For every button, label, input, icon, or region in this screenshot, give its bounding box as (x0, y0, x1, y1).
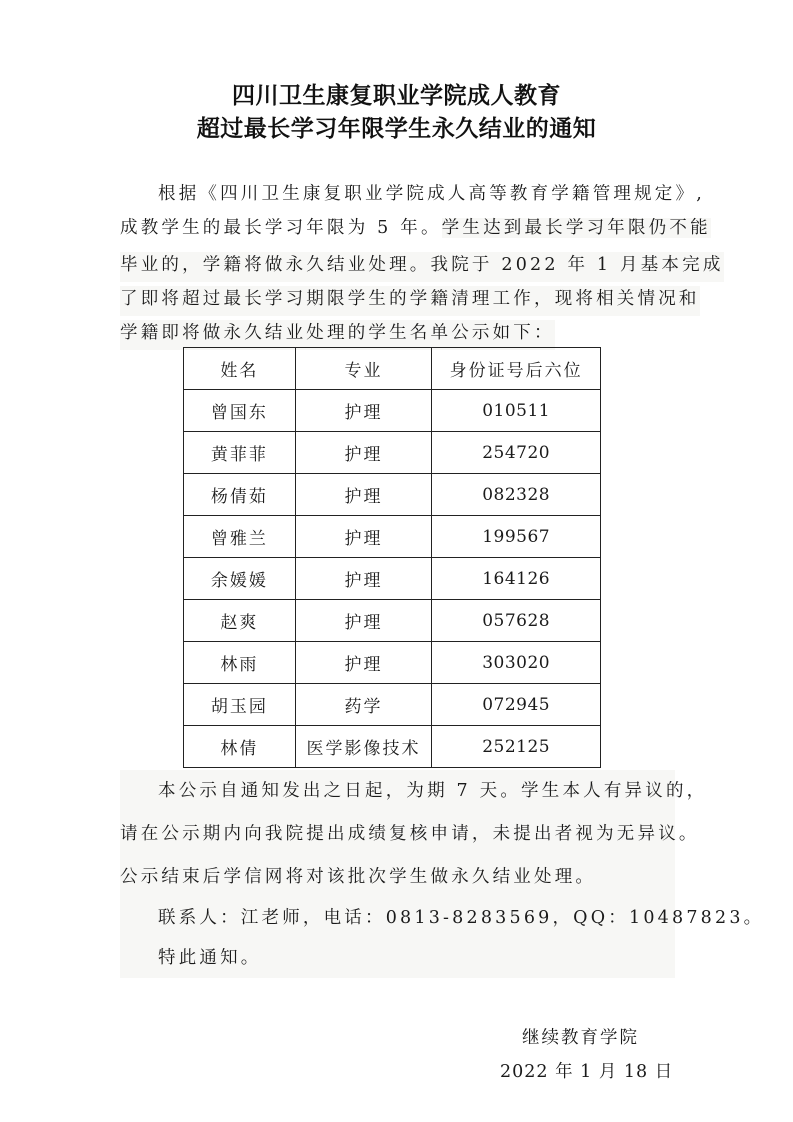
intro-line-4: 了即将超过最长学习期限学生的学籍清理工作，现将相关情况和 (120, 286, 700, 316)
cell-id-last6: 199567 (432, 516, 601, 558)
cell-major: 医学影像技术 (295, 726, 432, 768)
table-row: 林雨 护理 303020 (184, 642, 601, 684)
signature-organization: 继续教育学院 (522, 1024, 639, 1049)
contact-line: 联系人：江老师，电话：0813-8283569，QQ：10487823。 (158, 905, 764, 935)
table-row: 余媛媛 护理 164126 (184, 558, 601, 600)
closing-line-3: 公示结束后学信网将对该批次学生做永久结业处理。 (120, 864, 596, 894)
cell-major: 护理 (295, 432, 432, 474)
cell-major: 护理 (295, 558, 432, 600)
table-header-row: 姓名 专业 身份证号后六位 (184, 348, 601, 390)
cell-id-last6: 254720 (432, 432, 601, 474)
column-header-name: 姓名 (184, 348, 296, 390)
cell-id-last6: 072945 (432, 684, 601, 726)
table-row: 赵爽 护理 057628 (184, 600, 601, 642)
cell-id-last6: 252125 (432, 726, 601, 768)
cell-id-last6: 082328 (432, 474, 601, 516)
closing-line-2: 请在公示期内向我院提出成绩复核申请，未提出者视为无异议。 (120, 821, 700, 851)
document-title-line-2: 超过最长学习年限学生永久结业的通知 (0, 110, 793, 143)
intro-line-5: 学籍即将做永久结业处理的学生名单公示如下： (120, 320, 555, 350)
cell-id-last6: 303020 (432, 642, 601, 684)
cell-id-last6: 164126 (432, 558, 601, 600)
cell-major: 护理 (295, 642, 432, 684)
cell-name: 杨倩茹 (184, 474, 296, 516)
table-row: 胡玉园 药学 072945 (184, 684, 601, 726)
cell-name: 曾雅兰 (184, 516, 296, 558)
column-header-id-last6: 身份证号后六位 (432, 348, 601, 390)
intro-line-2b-highlight: 学生达到最长学习年限仍不能 (442, 218, 711, 238)
cell-major: 护理 (295, 600, 432, 642)
signature-date: 2022 年 1 月 18 日 (500, 1058, 673, 1083)
cell-name: 黄菲菲 (184, 432, 296, 474)
cell-major: 护理 (295, 390, 432, 432)
intro-line-2: 成教学生的最长学习年限为 5 年。学生达到最长学习年限仍不能 (120, 215, 711, 245)
intro-line-3: 毕业的，学籍将做永久结业处理。我院于 2022 年 1 月基本完成 (120, 252, 724, 282)
cell-name: 胡玉园 (184, 684, 296, 726)
table-row: 曾国东 护理 010511 (184, 390, 601, 432)
cell-major: 护理 (295, 516, 432, 558)
cell-id-last6: 057628 (432, 600, 601, 642)
table-row: 杨倩茹 护理 082328 (184, 474, 601, 516)
cell-id-last6: 010511 (432, 390, 601, 432)
student-list-table: 姓名 专业 身份证号后六位 曾国东 护理 010511 黄菲菲 护理 25472… (183, 347, 601, 768)
cell-name: 林倩 (184, 726, 296, 768)
cell-name: 余媛媛 (184, 558, 296, 600)
intro-line-1: 根据《四川卫生康复职业学院成人高等教育学籍管理规定》, (158, 181, 705, 211)
closing-line-1: 本公示自通知发出之日起，为期 7 天。学生本人有异议的， (158, 778, 707, 808)
cell-major: 护理 (295, 474, 432, 516)
intro-line-2a: 成教学生的最长学习年限为 5 年。 (120, 218, 442, 238)
column-header-major: 专业 (295, 348, 432, 390)
sign-off-line: 特此通知。 (158, 945, 262, 975)
cell-name: 赵爽 (184, 600, 296, 642)
table-row: 曾雅兰 护理 199567 (184, 516, 601, 558)
table-row: 林倩 医学影像技术 252125 (184, 726, 601, 768)
table-row: 黄菲菲 护理 254720 (184, 432, 601, 474)
cell-major: 药学 (295, 684, 432, 726)
cell-name: 曾国东 (184, 390, 296, 432)
cell-name: 林雨 (184, 642, 296, 684)
document-title-line-1: 四川卫生康复职业学院成人教育 (0, 77, 793, 110)
